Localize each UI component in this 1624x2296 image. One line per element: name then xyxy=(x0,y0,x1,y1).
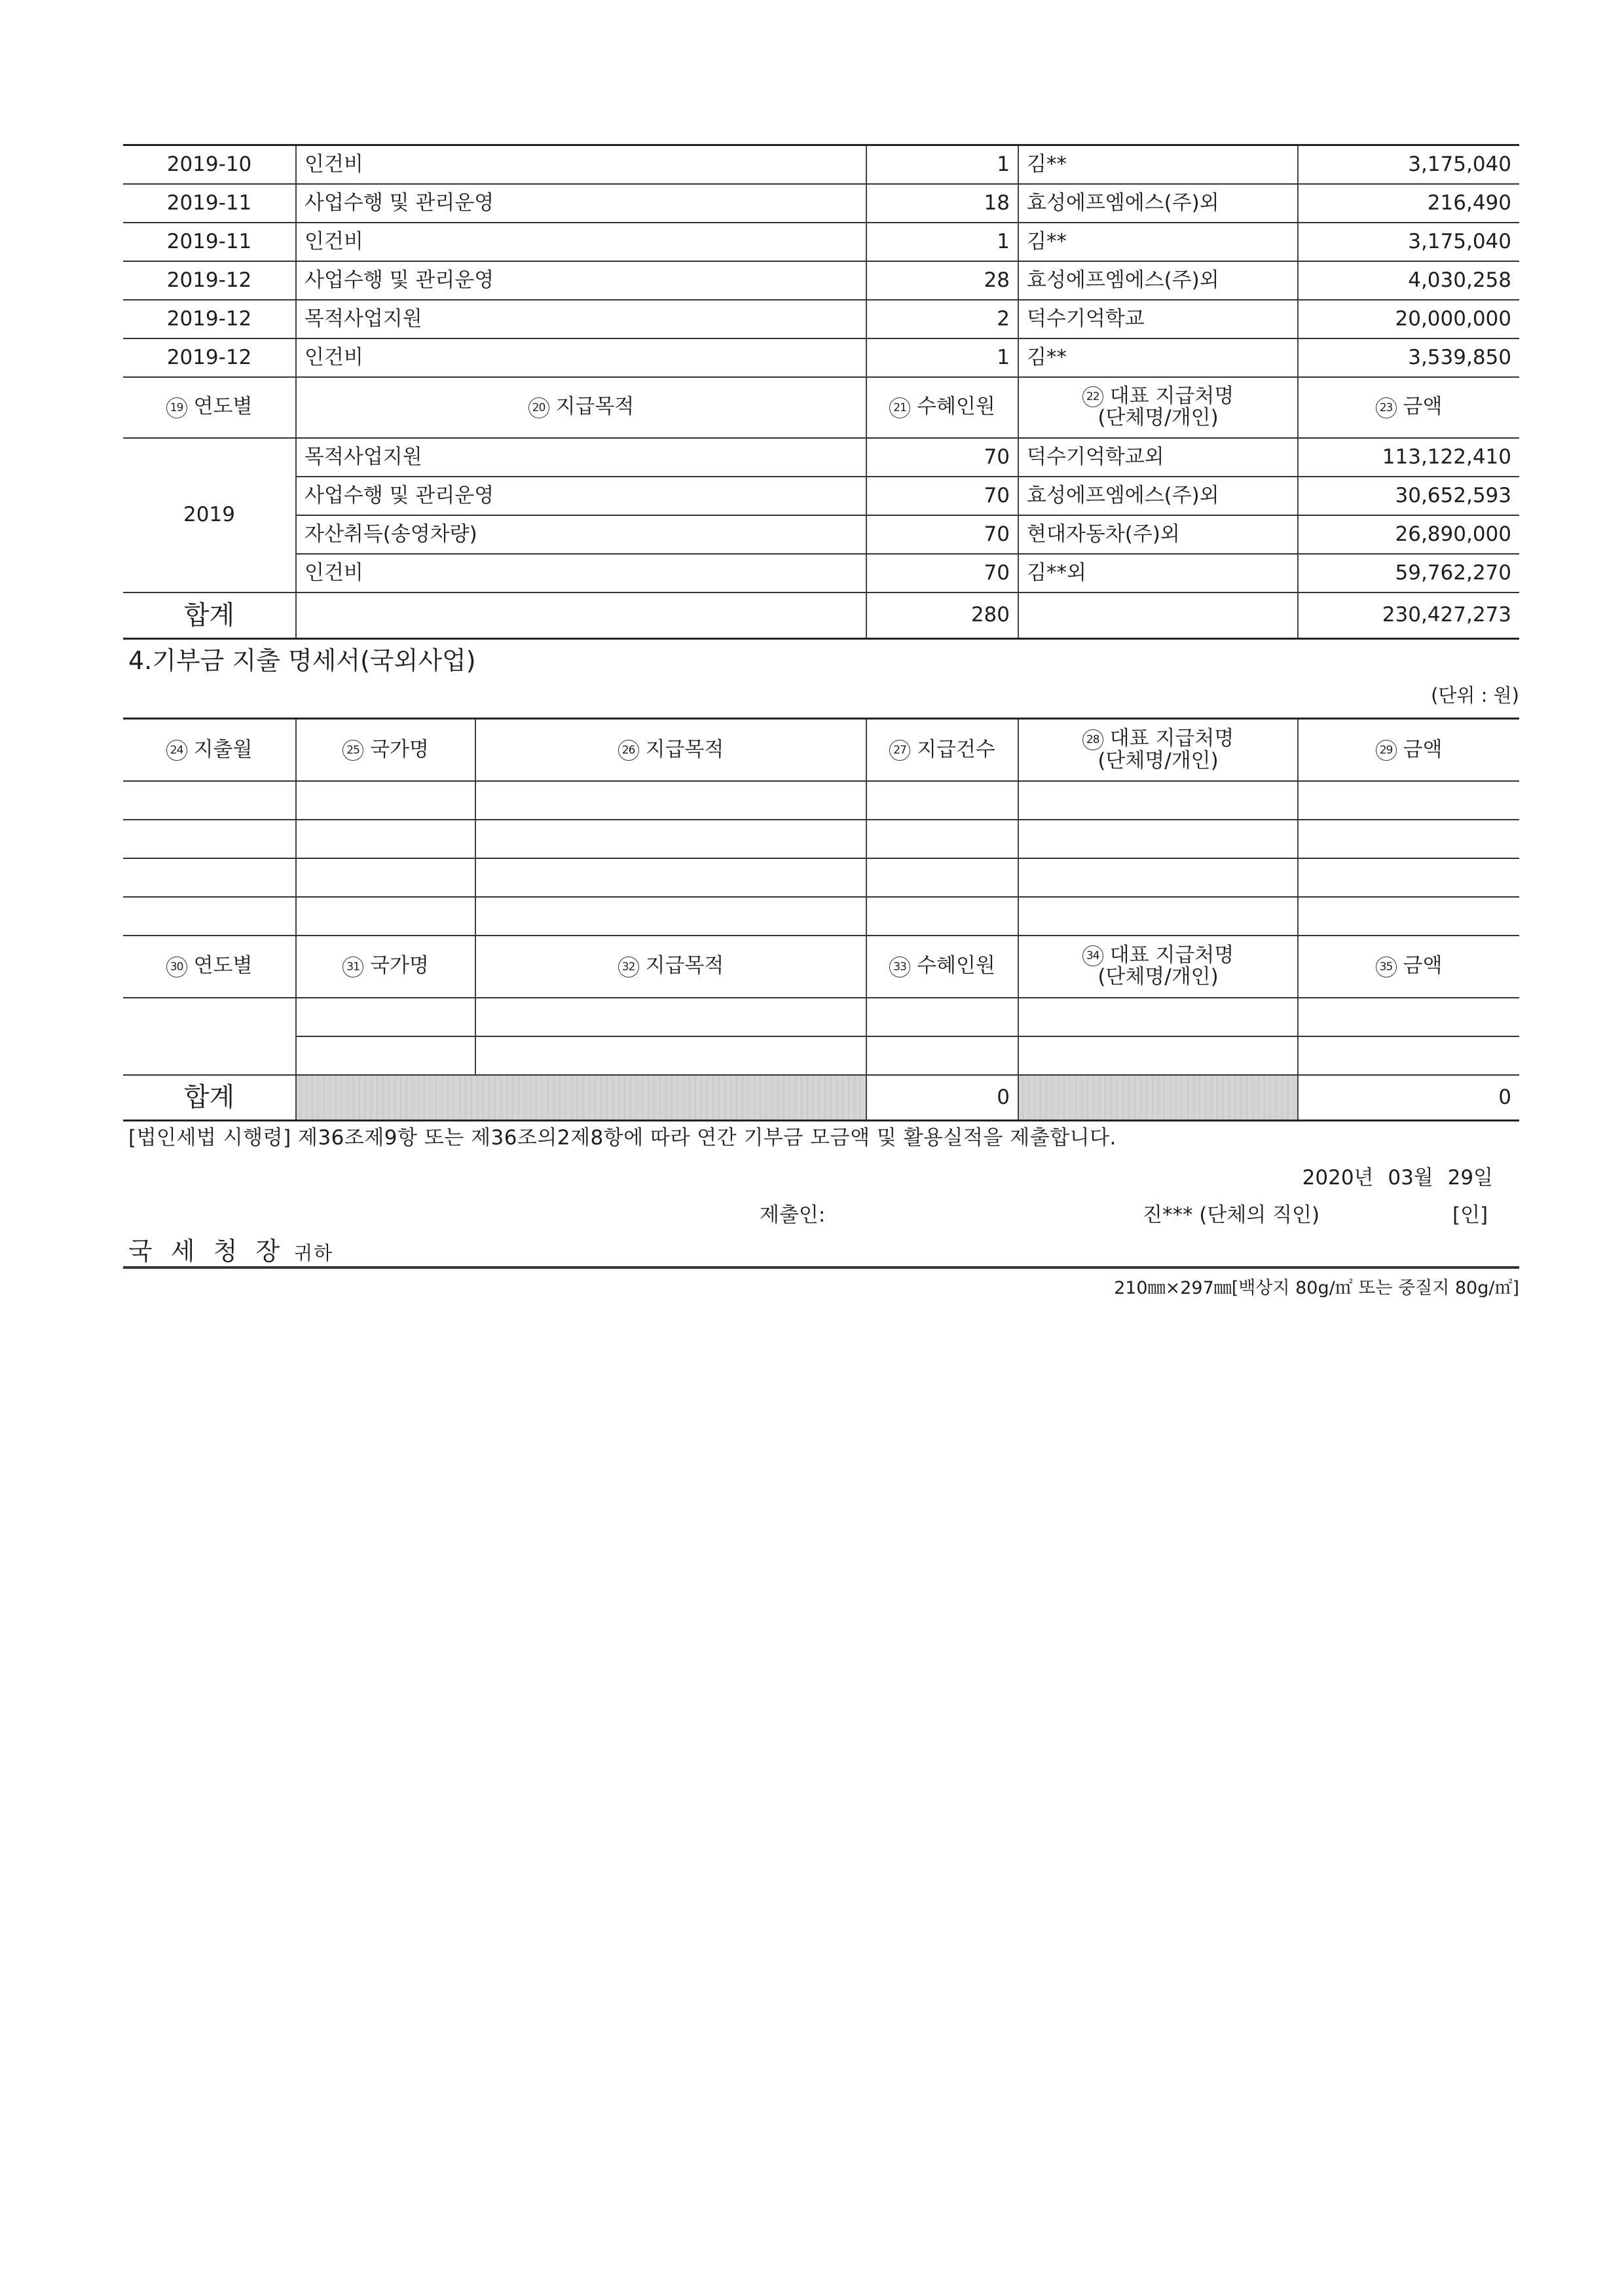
table-row: 자산취득(송영차량) 70 현대자동차(주)외 26,890,000 xyxy=(123,515,1519,554)
amount-cell: 216,490 xyxy=(1298,184,1519,223)
header-amount: 35금액 xyxy=(1298,936,1519,998)
header-country: 25국가명 xyxy=(296,719,475,781)
amount-cell: 3,539,850 xyxy=(1298,338,1519,377)
empty-row xyxy=(123,820,1519,858)
count-cell: 1 xyxy=(866,338,1018,377)
header-payee: 22대표 지급처명(단체명/개인) xyxy=(1018,377,1298,438)
section-title: 4.기부금 지출 명세서(국외사업) xyxy=(128,640,476,676)
circled-number-icon: 27 xyxy=(889,740,910,761)
table-row: 인건비 70 김**외 59,762,270 xyxy=(123,554,1519,592)
header-purpose: 26지급목적 xyxy=(475,719,866,781)
shaded-cell xyxy=(296,1075,866,1121)
table-row: 사업수행 및 관리운영 70 효성에프엠에스(주)외 30,652,593 xyxy=(123,477,1519,515)
purpose-cell: 목적사업지원 xyxy=(296,438,866,477)
count-cell: 70 xyxy=(866,554,1018,592)
table-row: 2019-11 사업수행 및 관리운영 18 효성에프엠에스(주)외 216,4… xyxy=(123,184,1519,223)
count-cell: 28 xyxy=(866,261,1018,300)
total-amount: 0 xyxy=(1298,1075,1519,1121)
circled-number-icon: 34 xyxy=(1082,945,1103,966)
recipient: 국 세 청 장귀하 xyxy=(128,1231,333,1267)
header-year: 19연도별 xyxy=(123,377,296,438)
shaded-cell xyxy=(1018,1075,1298,1121)
overseas-expenditure-table: 24지출월 25국가명 26지급목적 27지급건수 28대표 지급처명(단체명/… xyxy=(123,718,1519,1121)
circled-number-icon: 28 xyxy=(1082,729,1103,750)
table-row: 2019-11 인건비 1 김** 3,175,040 xyxy=(123,223,1519,261)
total-label: 합계 xyxy=(123,592,296,639)
circled-number-icon: 20 xyxy=(528,397,549,418)
unit-label: (단위 : 원) xyxy=(1431,681,1519,708)
total-count: 280 xyxy=(866,592,1018,639)
annual-header-row: 30연도별 31국가명 32지급목적 33수혜인원 34대표 지급처명(단체명/… xyxy=(123,936,1519,998)
circled-number-icon: 21 xyxy=(889,397,910,418)
header-amount: 23금액 xyxy=(1298,377,1519,438)
submitter-label: 제출인: xyxy=(760,1198,825,1228)
count-cell: 18 xyxy=(866,184,1018,223)
amount-cell: 3,175,040 xyxy=(1298,145,1519,184)
period-cell: 2019-11 xyxy=(123,223,296,261)
total-count: 0 xyxy=(866,1075,1018,1121)
count-cell: 2 xyxy=(866,300,1018,338)
payee-cell: 김** xyxy=(1018,223,1298,261)
total-amount: 230,427,273 xyxy=(1298,592,1519,639)
amount-cell: 30,652,593 xyxy=(1298,477,1519,515)
header-purpose: 20지급목적 xyxy=(296,377,866,438)
amount-cell: 113,122,410 xyxy=(1298,438,1519,477)
legal-notice: [법인세법 시행령] 제36조제9항 또는 제36조의2제8항에 따라 연간 기… xyxy=(128,1121,1116,1150)
seal-mark: [인] xyxy=(1452,1198,1488,1228)
count-cell: 70 xyxy=(866,477,1018,515)
circled-number-icon: 31 xyxy=(342,957,363,977)
payee-cell: 현대자동차(주)외 xyxy=(1018,515,1298,554)
header-amount: 29금액 xyxy=(1298,719,1519,781)
count-cell: 1 xyxy=(866,223,1018,261)
total-payee-cell xyxy=(1018,592,1298,639)
circled-number-icon: 26 xyxy=(618,740,639,761)
header-beneficiaries: 21수혜인원 xyxy=(866,377,1018,438)
amount-cell: 4,030,258 xyxy=(1298,261,1519,300)
amount-cell: 59,762,270 xyxy=(1298,554,1519,592)
table-row: 2019-10 인건비 1 김** 3,175,040 xyxy=(123,145,1519,184)
circled-number-icon: 22 xyxy=(1082,386,1103,407)
count-cell: 70 xyxy=(866,438,1018,477)
purpose-cell: 자산취득(송영차량) xyxy=(296,515,866,554)
purpose-cell: 인건비 xyxy=(296,554,866,592)
payee-cell: 김**외 xyxy=(1018,554,1298,592)
header-count: 27지급건수 xyxy=(866,719,1018,781)
amount-cell: 20,000,000 xyxy=(1298,300,1519,338)
purpose-cell: 목적사업지원 xyxy=(296,300,866,338)
purpose-cell: 사업수행 및 관리운영 xyxy=(296,261,866,300)
purpose-cell: 사업수행 및 관리운영 xyxy=(296,184,866,223)
divider xyxy=(123,1266,1519,1269)
circled-number-icon: 25 xyxy=(342,740,363,761)
count-cell: 1 xyxy=(866,145,1018,184)
purpose-cell: 사업수행 및 관리운영 xyxy=(296,477,866,515)
circled-number-icon: 30 xyxy=(166,957,187,977)
domestic-expenditure-table: 2019-10 인건비 1 김** 3,175,040 2019-11 사업수행… xyxy=(123,144,1519,640)
payee-cell: 덕수기억학교 xyxy=(1018,300,1298,338)
total-label: 합계 xyxy=(123,1075,296,1121)
circled-number-icon: 24 xyxy=(166,740,187,761)
circled-number-icon: 33 xyxy=(889,957,910,977)
amount-cell: 3,175,040 xyxy=(1298,223,1519,261)
circled-number-icon: 32 xyxy=(618,957,639,977)
payee-cell: 덕수기억학교외 xyxy=(1018,438,1298,477)
payee-cell: 효성에프엠에스(주)외 xyxy=(1018,184,1298,223)
payee-cell: 효성에프엠에스(주)외 xyxy=(1018,261,1298,300)
count-cell: 70 xyxy=(866,515,1018,554)
empty-row xyxy=(123,1036,1519,1075)
purpose-cell: 인건비 xyxy=(296,338,866,377)
header-beneficiaries: 33수혜인원 xyxy=(866,936,1018,998)
table-row: 2019 목적사업지원 70 덕수기억학교외 113,122,410 xyxy=(123,438,1519,477)
empty-row xyxy=(123,781,1519,820)
period-cell: 2019-12 xyxy=(123,300,296,338)
total-purpose-cell xyxy=(296,592,866,639)
header-payee: 34대표 지급처명(단체명/개인) xyxy=(1018,936,1298,998)
submitter-name: 진*** (단체의 직인) xyxy=(1143,1198,1319,1228)
circled-number-icon: 19 xyxy=(166,397,187,418)
total-row: 합계 0 0 xyxy=(123,1075,1519,1121)
empty-row xyxy=(123,897,1519,936)
empty-row xyxy=(123,998,1519,1036)
circled-number-icon: 35 xyxy=(1376,957,1397,977)
header-year: 30연도별 xyxy=(123,936,296,998)
circled-number-icon: 29 xyxy=(1376,740,1397,761)
table-row: 2019-12 인건비 1 김** 3,539,850 xyxy=(123,338,1519,377)
amount-cell: 26,890,000 xyxy=(1298,515,1519,554)
period-cell: 2019-10 xyxy=(123,145,296,184)
total-row: 합계 280 230,427,273 xyxy=(123,592,1519,639)
period-cell: 2019-12 xyxy=(123,261,296,300)
annual-header-row: 19연도별 20지급목적 21수혜인원 22대표 지급처명(단체명/개인) 23… xyxy=(123,377,1519,438)
purpose-cell: 인건비 xyxy=(296,145,866,184)
table-row: 2019-12 사업수행 및 관리운영 28 효성에프엠에스(주)외 4,030… xyxy=(123,261,1519,300)
payee-cell: 김** xyxy=(1018,145,1298,184)
table-row: 2019-12 목적사업지원 2 덕수기억학교 20,000,000 xyxy=(123,300,1519,338)
paper-spec: 210㎜×297㎜[백상지 80g/㎡ 또는 중질지 80g/㎡] xyxy=(1114,1273,1519,1299)
monthly-header-row: 24지출월 25국가명 26지급목적 27지급건수 28대표 지급처명(단체명/… xyxy=(123,719,1519,781)
header-purpose: 32지급목적 xyxy=(475,936,866,998)
period-cell: 2019-12 xyxy=(123,338,296,377)
payee-cell: 효성에프엠에스(주)외 xyxy=(1018,477,1298,515)
circled-number-icon: 23 xyxy=(1376,397,1397,418)
header-country: 31국가명 xyxy=(296,936,475,998)
header-payee: 28대표 지급처명(단체명/개인) xyxy=(1018,719,1298,781)
submission-date: 2020년 03월 29일 xyxy=(1302,1161,1493,1190)
year-cell: 2019 xyxy=(123,438,296,592)
payee-cell: 김** xyxy=(1018,338,1298,377)
header-month: 24지출월 xyxy=(123,719,296,781)
empty-row xyxy=(123,858,1519,897)
purpose-cell: 인건비 xyxy=(296,223,866,261)
period-cell: 2019-11 xyxy=(123,184,296,223)
